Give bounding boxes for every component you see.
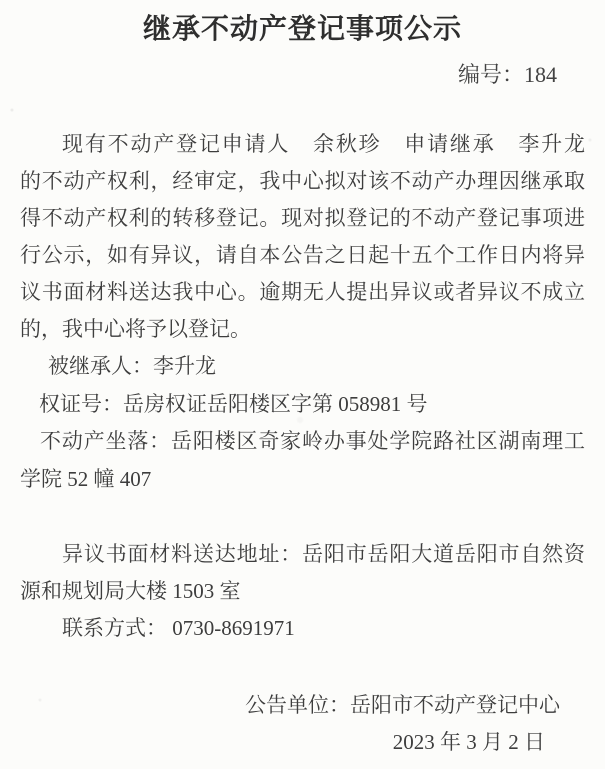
doc-number: 编号：184 [20,60,585,90]
issuing-authority: 公告单位：岳阳市不动产登记中心 [20,687,585,724]
property-location-field: 不动产坐落：岳阳楼区奇家岭办事处学院路社区湖南理工学院 52 幢 407 [20,423,585,498]
notice-date: 2023 年 3 月 2 日 [20,724,585,761]
decedent-field: 被继承人：李升龙 [20,348,585,386]
contact-phone: 联系方式： 0730-8691971 [20,610,585,647]
objection-delivery-address: 异议书面材料送达地址：岳阳市岳阳大道岳阳市自然资源和规划局大楼 1503 室 [20,536,585,610]
doc-number-value: 184 [524,62,557,87]
notice-document-page: 继承不动产登记事项公示 编号：184 现有不动产登记申请人 余秋珍 申请继承 李… [0,0,605,769]
notice-title: 继承不动产登记事项公示 [20,12,585,46]
certificate-number-field: 权证号：岳房权证岳阳楼区字第 058981 号 [20,386,585,424]
notice-body-paragraph: 现有不动产登记申请人 余秋珍 申请继承 李升龙 的不动产权利，经审定，我中心拟对… [20,126,585,348]
doc-number-label: 编号： [458,62,524,87]
